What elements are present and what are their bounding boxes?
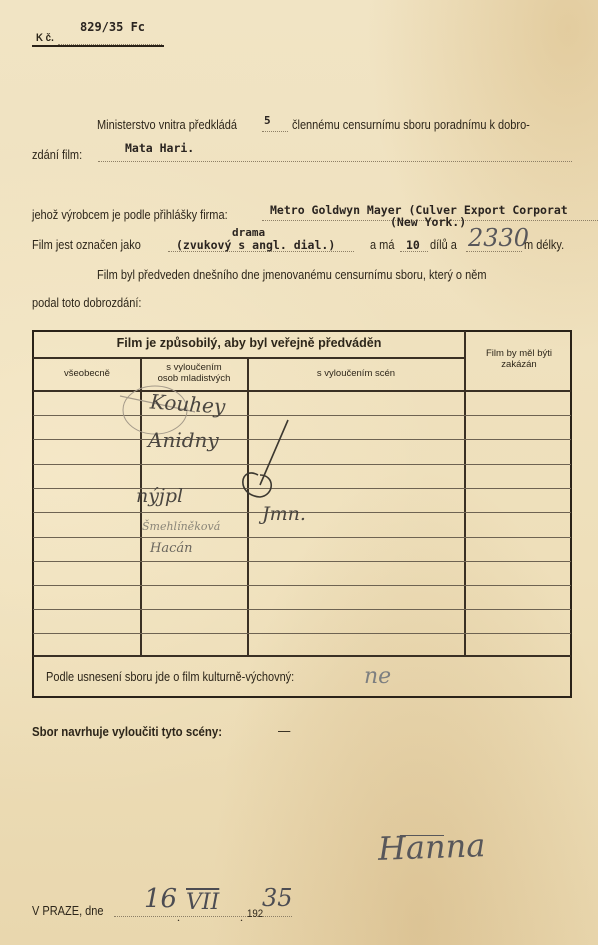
table-rule bbox=[33, 488, 571, 489]
table-group-header: Film je způsobilý, aby byl veřejně předv… bbox=[34, 336, 464, 350]
signature-4: Jmn. bbox=[262, 503, 306, 525]
table-group-header-line bbox=[33, 357, 464, 359]
length-suffix: m délky. bbox=[524, 238, 564, 252]
table-rule bbox=[33, 439, 571, 440]
scene-exclusion-label: Sbor navrhuje vyloučiti tyto scény: bbox=[32, 724, 222, 739]
parts-count: 10 bbox=[406, 238, 420, 252]
reference-underline bbox=[32, 45, 164, 47]
table-rule bbox=[33, 561, 571, 562]
table-rule bbox=[33, 633, 571, 634]
table-footer-line bbox=[33, 655, 571, 657]
date-separator: . bbox=[240, 910, 243, 925]
date-line bbox=[114, 916, 292, 917]
table-rule bbox=[33, 537, 571, 538]
cultural-educational-value: ne bbox=[364, 664, 391, 689]
intro-line1-prefix: Ministerstvo vnitra předkládá bbox=[97, 118, 237, 132]
official-signature: Hanna bbox=[377, 826, 486, 868]
film-title-line bbox=[98, 161, 572, 162]
signature-6: Hacán bbox=[150, 541, 193, 556]
table-rule bbox=[33, 609, 571, 610]
table-divider-banned bbox=[464, 331, 466, 655]
signature-2: Anidny bbox=[148, 428, 219, 452]
screening-line1: Film byl předveden dnešního dne jmenovan… bbox=[97, 268, 486, 282]
signature-stroke-icon bbox=[220, 415, 300, 500]
film-title: Mata Hari. bbox=[125, 141, 194, 155]
table-divider-col2 bbox=[247, 357, 249, 655]
place-label: V PRAZE, dne bbox=[32, 904, 104, 918]
parts-prefix: a má bbox=[370, 238, 394, 252]
date-year-suffix: 35 bbox=[262, 884, 293, 912]
producer-city: (New York.) bbox=[390, 215, 466, 229]
producer-label: jehož výrobcem je podle přihlášky firma: bbox=[32, 208, 228, 222]
intro-line1-suffix: člennému censurnímu sboru poradnímu k do… bbox=[292, 118, 530, 132]
table-rule bbox=[33, 464, 571, 465]
film-length: 2330 bbox=[468, 224, 529, 252]
intro-line2-prefix: zdání film: bbox=[32, 148, 82, 162]
member-count-line bbox=[262, 131, 288, 132]
column-header-scenes-excluded: s vyloučením scén bbox=[248, 368, 464, 379]
date-day: 16 bbox=[144, 884, 177, 914]
table-rule bbox=[33, 415, 571, 416]
reference-number: 829/35 Fc bbox=[80, 20, 145, 34]
parts-suffix: dílů a bbox=[430, 238, 457, 252]
signature-3: nýjpl bbox=[136, 485, 183, 507]
table-rule bbox=[33, 585, 571, 586]
column-header-banned: Film by měl býti zakázán bbox=[472, 348, 566, 370]
signature-5: Šmehlíněková bbox=[142, 520, 220, 533]
signature-overline bbox=[400, 835, 444, 836]
scene-exclusion-value: — bbox=[278, 722, 290, 738]
date-year-prefix: 192 bbox=[247, 908, 263, 920]
film-type: (zvukový s angl. dial.) bbox=[176, 238, 335, 252]
screening-line2: podal toto dobrozdání: bbox=[32, 296, 141, 310]
reference-label: K č. bbox=[36, 32, 54, 44]
member-count: 5 bbox=[264, 114, 271, 127]
table-header-bottom-line bbox=[33, 390, 571, 392]
cultural-educational-label: Podle usnesení sboru jde o film kulturně… bbox=[46, 670, 294, 684]
date-month: VII bbox=[186, 890, 219, 915]
designation-label: Film jest označen jako bbox=[32, 238, 141, 252]
date-separator: . bbox=[177, 910, 180, 925]
